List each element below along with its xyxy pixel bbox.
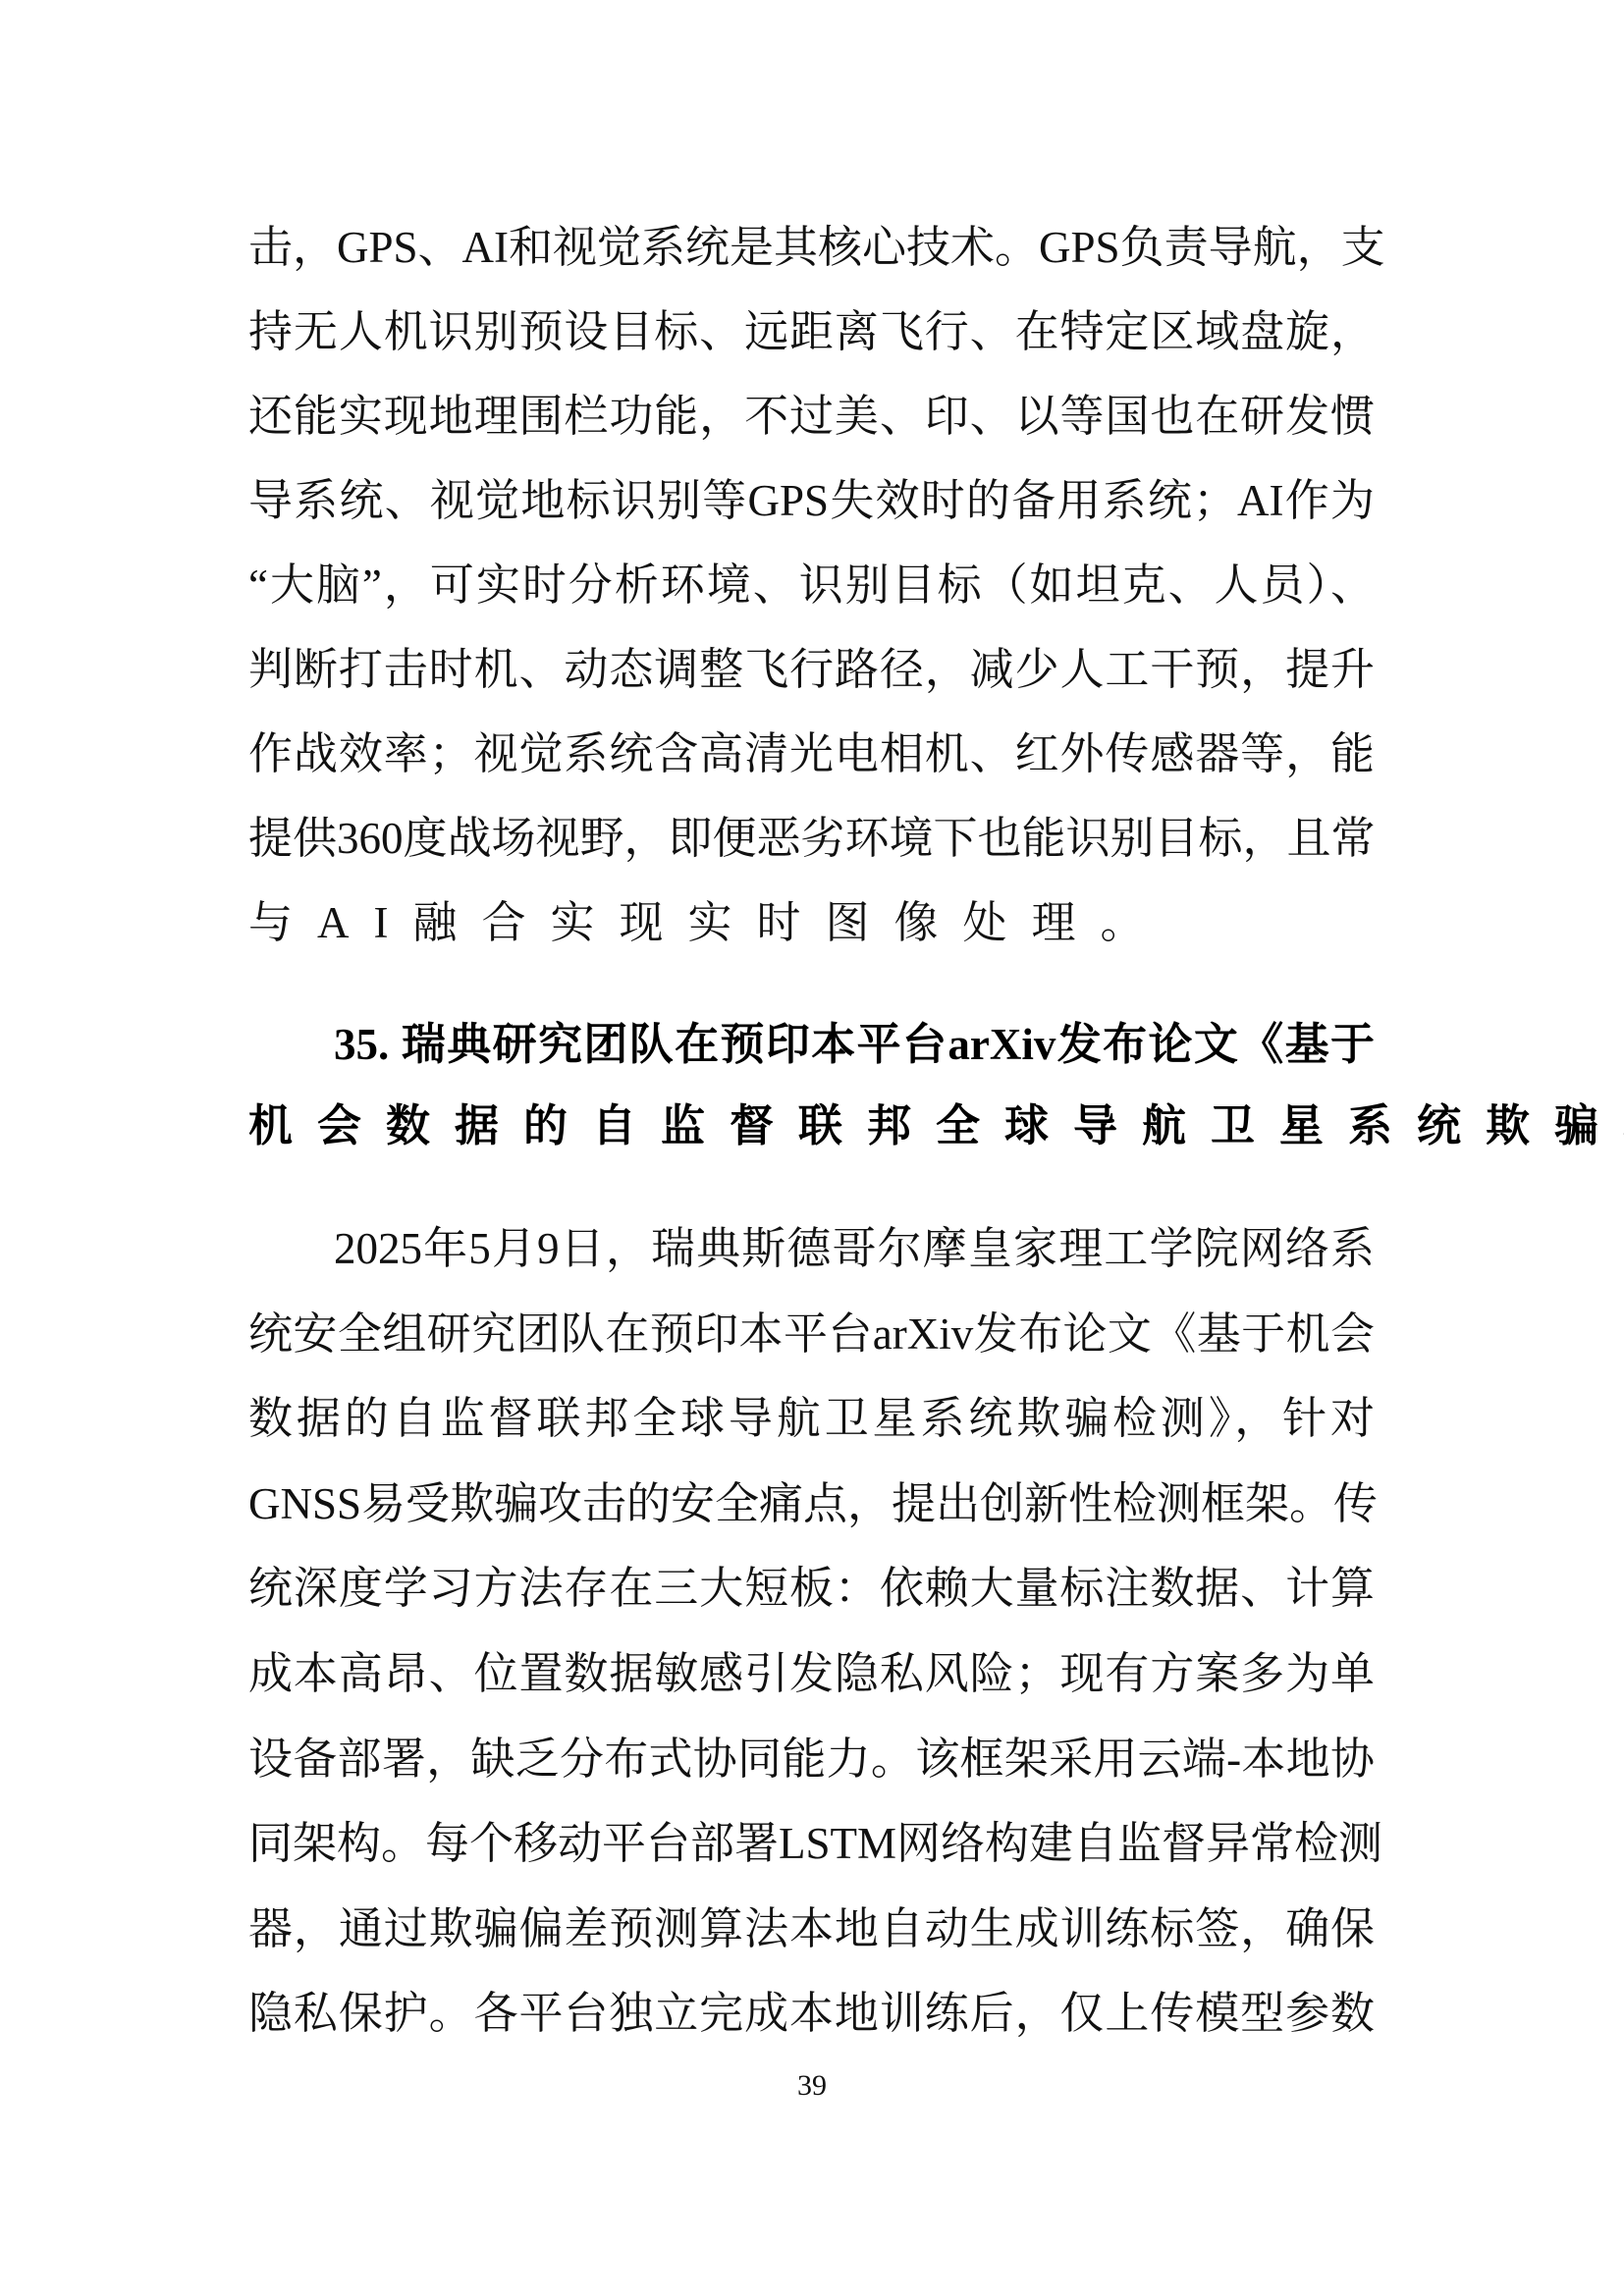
heading-line: 35. 瑞典研究团队在预印本平台arXiv发布论文《基于 (334, 1015, 1375, 1074)
text-line: 隐私保护。各平台独立完成本地训练后，仅上传模型参数 (248, 1984, 1375, 2043)
text-line: 判断打击时机、动态调整飞行路径，减少人工干预，提升 (248, 640, 1375, 699)
heading-line: 机会数据的自监督联邦全球导航卫星系统欺骗检测》。 (248, 1096, 1375, 1155)
text-line: 与AI融合实现实时图像处理。 (248, 893, 1375, 952)
text-line: 成本高昂、位置数据敏感引发隐私风险；现有方案多为单 (248, 1644, 1375, 1703)
text-line: GNSS易受欺骗攻击的安全痛点，提出创新性检测框架。传 (248, 1474, 1375, 1533)
text-line: 器，通过欺骗偏差预测算法本地自动生成训练标签，确保 (248, 1899, 1375, 1958)
page-number: 39 (0, 2069, 1624, 2103)
text-line: 同架构。每个移动平台部署LSTM网络构建自监督异常检测 (248, 1814, 1375, 1873)
document-page: 击，GPS、AI和视觉系统是其核心技术。GPS负责导航，支 持无人机识别预设目标… (0, 0, 1624, 2296)
text-line: 统安全组研究团队在预印本平台arXiv发布论文《基于机会 (248, 1305, 1375, 1363)
text-line: 数据的自监督联邦全球导航卫星系统欺骗检测》，针对 (248, 1389, 1375, 1448)
text-line: 提供360度战场视野，即便恶劣环境下也能识别目标，且常 (248, 809, 1375, 868)
text-line: 统深度学习方法存在三大短板：依赖大量标注数据、计算 (248, 1559, 1375, 1618)
text-line: 设备部署，缺乏分布式协同能力。该框架采用云端-本地协 (248, 1730, 1375, 1789)
text-line: 导系统、视觉地标识别等GPS失效时的备用系统；AI作为 (248, 471, 1375, 530)
text-line: “大脑”，可实时分析环境、识别目标（如坦克、人员）、 (248, 556, 1375, 614)
text-line: 2025年5月9日，瑞典斯德哥尔摩皇家理工学院网络系 (334, 1219, 1375, 1278)
text-line: 持无人机识别预设目标、远距离飞行、在特定区域盘旋， (248, 302, 1375, 361)
text-line: 还能实现地理围栏功能，不过美、印、以等国也在研发惯 (248, 387, 1375, 446)
text-line: 作战效率；视觉系统含高清光电相机、红外传感器等，能 (248, 724, 1375, 783)
text-line: 击，GPS、AI和视觉系统是其核心技术。GPS负责导航，支 (248, 218, 1375, 277)
